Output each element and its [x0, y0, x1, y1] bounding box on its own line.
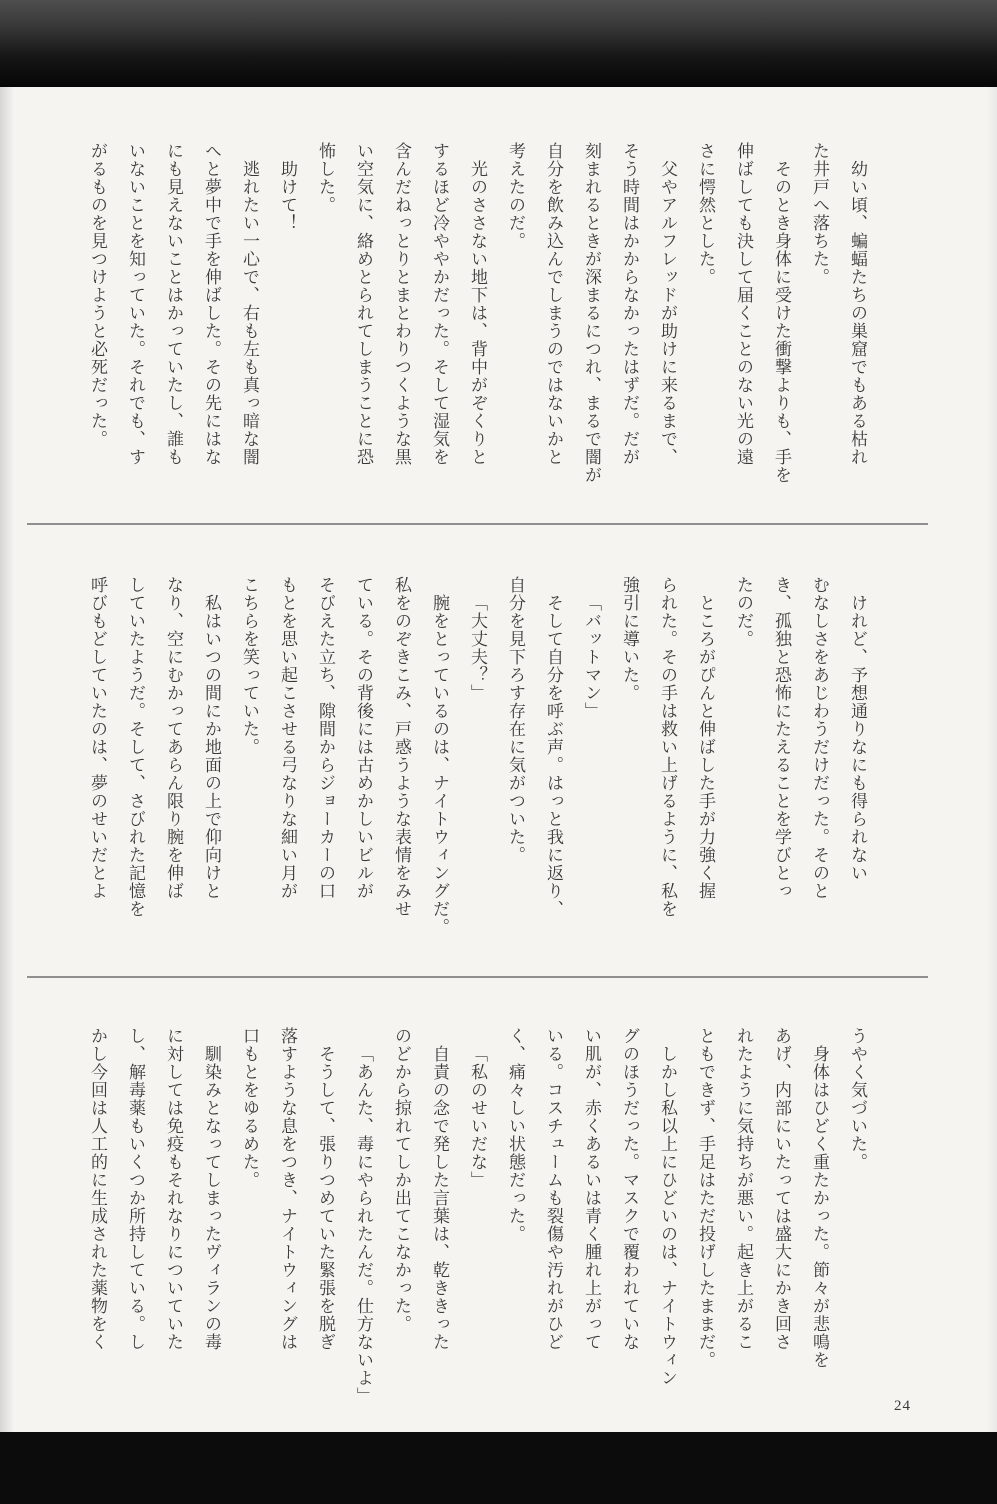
- text-line: 「バットマン」: [572, 576, 610, 956]
- text-line: ところがぴんと伸ばした手が力強く握: [686, 576, 724, 956]
- text-line: 考えたのだ。: [496, 142, 534, 522]
- text-line: グのほうだった。マスクで覆われていな: [610, 1027, 648, 1407]
- text-line: そびえた立ち、隙間からジョーカーの口: [306, 576, 344, 956]
- section-divider-1: [27, 523, 928, 525]
- text-line: がるものを見つけようと必死だった。: [78, 142, 116, 522]
- text-line: 自分を飲み込んでしまうのではないかと: [534, 142, 572, 522]
- text-line: し、解毒薬もいくつか所持している。し: [116, 1027, 154, 1407]
- text-line: 伸ばしても決して届くことのない光の遠: [724, 142, 762, 522]
- text-line: さに愕然とした。: [686, 142, 724, 522]
- text-line: 身体はひどく重たかった。節々が悲鳴を: [800, 1027, 838, 1407]
- text-line: あげ、内部にいたっては盛大にかき回さ: [762, 1027, 800, 1407]
- text-line: なり、空にむかってあらん限り腕を伸ば: [154, 576, 192, 956]
- text-line: いないことを知っていた。それでも、す: [116, 142, 154, 522]
- text-line: 幼い頃、蝙蝠たちの巣窟でもある枯れ: [838, 142, 876, 522]
- text-line: かし今回は人工的に生成された薬物をく: [78, 1027, 116, 1407]
- text-section-top: 幼い頃、蝙蝠たちの巣窟でもある枯れた井戸へ落ちた。そのとき身体に受けた衝撃よりも…: [76, 142, 876, 522]
- text-line: 馴染みとなってしまったヴィランの毒: [192, 1027, 230, 1407]
- text-line: た井戸へ落ちた。: [800, 142, 838, 522]
- text-line: に対しては免疫もそれなりについていた: [154, 1027, 192, 1407]
- text-line: していたようだ。そして、さびれた記憶を: [116, 576, 154, 956]
- text-line: そう時間はかからなかったはずだ。だが: [610, 142, 648, 522]
- text-line: しかし私以上にひどいのは、ナイトウィン: [648, 1027, 686, 1407]
- section-divider-2: [27, 976, 928, 978]
- text-line: 私はいつの間にか地面の上で仰向けと: [192, 576, 230, 956]
- text-line: 「私のせいだな」: [458, 1027, 496, 1407]
- text-line: ている。その背後には古めかしいビルが: [344, 576, 382, 956]
- text-line: 自責の念で発した言葉は、乾ききった: [420, 1027, 458, 1407]
- text-line: こちらを笑っていた。: [230, 576, 268, 956]
- text-line: 怖した。: [306, 142, 344, 522]
- text-line: 口もとをゆるめた。: [230, 1027, 268, 1407]
- text-line: 強引に導いた。: [610, 576, 648, 956]
- text-line: するほど冷ややかだった。そして湿気を: [420, 142, 458, 522]
- text-line: けれど、予想通りなにも得られない: [838, 576, 876, 956]
- text-line: 「あんた、毒にやられたんだ。仕方ないよ」: [344, 1027, 382, 1407]
- text-line: られた。その手は救い上げるように、私を: [648, 576, 686, 956]
- text-line: そして自分を呼ぶ声。はっと我に返り、: [534, 576, 572, 956]
- text-line: い空気に、絡めとられてしまうことに恐: [344, 142, 382, 522]
- text-line: 光のささない地下は、背中がぞくりと: [458, 142, 496, 522]
- text-line: 落すような息をつき、ナイトウィングは: [268, 1027, 306, 1407]
- text-line: 逃れたい一心で、右も左も真っ暗な闇: [230, 142, 268, 522]
- text-line: 父やアルフレッドが助けに来るまで、: [648, 142, 686, 522]
- text-line: 「大丈夫？」: [458, 576, 496, 956]
- text-line: 刻まれるときが深まるにつれ、まるで闇が: [572, 142, 610, 522]
- page-number: 24: [894, 1398, 911, 1415]
- text-line: そのとき身体に受けた衝撃よりも、手を: [762, 142, 800, 522]
- text-line: むなしさをあじわうだけだった。そのと: [800, 576, 838, 956]
- scan-border-top: [0, 0, 997, 87]
- text-line: そうして、張りつめていた緊張を脱ぎ: [306, 1027, 344, 1407]
- text-line: もとを思い起こさせる弓なりな細い月が: [268, 576, 306, 956]
- text-line: たのだ。: [724, 576, 762, 956]
- text-line: へと夢中で手を伸ばした。その先にはな: [192, 142, 230, 522]
- text-line: いる。コスチュームも裂傷や汚れがひど: [534, 1027, 572, 1407]
- text-line: 腕をとっているのは、ナイトウィングだ。: [420, 576, 458, 956]
- text-line: のどから掠れてしか出てこなかった。: [382, 1027, 420, 1407]
- text-section-bottom: うやく気づいた。身体はひどく重たかった。節々が悲鳴をあげ、内部にいたっては盛大に…: [76, 1027, 876, 1407]
- text-line: 助けて！: [268, 142, 306, 522]
- scan-border-bottom: [0, 1432, 997, 1504]
- text-line: 呼びもどしていたのは、夢のせいだとよ: [78, 576, 116, 956]
- text-line: き、孤独と恐怖にたえることを学びとっ: [762, 576, 800, 956]
- text-line: うやく気づいた。: [838, 1027, 876, 1407]
- text-line: 含んだねっとりとまとわりつくような黒: [382, 142, 420, 522]
- text-section-middle: けれど、予想通りなにも得られないむなしさをあじわうだけだった。そのとき、孤独と恐…: [76, 576, 876, 956]
- text-line: にも見えないことはかっていたし、誰も: [154, 142, 192, 522]
- text-line: く、痛々しい状態だった。: [496, 1027, 534, 1407]
- text-line: 私をのぞきこみ、戸惑うような表情をみせ: [382, 576, 420, 956]
- text-line: い肌が、赤くあるいは青く腫れ上がって: [572, 1027, 610, 1407]
- text-line: 自分を見下ろす存在に気がついた。: [496, 576, 534, 956]
- scanned-book-page: 幼い頃、蝙蝠たちの巣窟でもある枯れた井戸へ落ちた。そのとき身体に受けた衝撃よりも…: [0, 0, 997, 1504]
- text-line: ともできず、手足はただ投げしたままだ。: [686, 1027, 724, 1407]
- text-line: れたように気持ちが悪い。起き上がるこ: [724, 1027, 762, 1407]
